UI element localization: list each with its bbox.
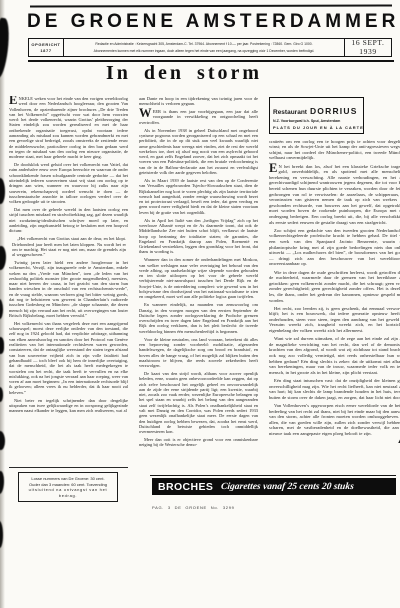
admin-line: Abonnementen kunnen met elk nummer ingaa… xyxy=(67,49,341,53)
paragraph: Twintig jaren later hield een andere hoo… xyxy=(9,260,128,318)
loose-issues-line: Losse nummers van De Groene: 30 cent. xyxy=(21,476,115,482)
drop-cap: W xyxy=(139,109,153,119)
paragraph: Als in Maart 1939 de laatste rest van de… xyxy=(139,178,258,215)
drop-cap: E xyxy=(9,96,19,106)
article-column-2: aan Dante en hoop in een tijdrekening va… xyxy=(139,96,258,476)
top-rule xyxy=(30,5,392,8)
dorrius-tagline: PLATS DU JOUR EN À LA CARTE xyxy=(273,125,360,130)
paragraph: Eén ding staat intusschen vast: dat de o… xyxy=(269,378,400,400)
dorrius-restaurant-ad: RestaurantDORRIUS N.Z. Voorburgwal b.h. … xyxy=(269,97,364,134)
paragraph: Van Vollenhoven’s opgeworpen eisch eener… xyxy=(269,403,400,437)
paragraph: De kaart van den strijd wordt, althans v… xyxy=(139,371,258,435)
article-column-1: ENKELE weken voor het einde van den vori… xyxy=(9,96,128,464)
founded-box: OPGERICHT 1877 xyxy=(29,39,64,56)
drop-cap: E xyxy=(269,164,279,174)
paragraph: Wie in deze dagen de oude geschriften he… xyxy=(269,270,400,304)
end-of-article-mark: ▲ xyxy=(269,439,400,445)
article-title: In den storm xyxy=(106,62,262,85)
paragraph: Want wie zal durven uitmaken, of de zege… xyxy=(269,336,400,375)
dorrius-restaurant-label: Restaurant xyxy=(273,109,307,116)
paragraph: Voor de kleine neutralen, ons land voora… xyxy=(139,337,258,369)
paragraph: Dat men over de geheele wereld in den la… xyxy=(9,207,128,233)
broches-ad-top-rule xyxy=(150,475,396,476)
founded-year: 1877 xyxy=(40,48,51,54)
paragraph: WEER is thans een jaar voorbijgegaan, ee… xyxy=(139,109,258,125)
paragraph: Niet beter en tegelijk schrijnender dan … xyxy=(9,398,128,414)
loose-issues-separator-rule xyxy=(9,467,128,468)
paragraph: Als in November 1938 in geheel Duitschla… xyxy=(139,128,258,176)
scan-smudge xyxy=(0,246,6,270)
masthead-info-bar: OPGERICHT 1877 Redactie en Administratie… xyxy=(28,38,392,57)
article-body: ENKELE weken voor het einde van den vori… xyxy=(9,96,400,476)
article-column-3: RestaurantDORRIUS N.Z. Voorburgwal b.h. … xyxy=(269,96,400,476)
dorrius-name: DORRIUS xyxy=(310,106,358,116)
paragraph: cratieën om een oorlog een te hoogen pri… xyxy=(269,139,400,161)
paragraph: De doodsklok werd geluid over het volken… xyxy=(9,162,128,204)
paragraph: Als in April het Italië van den „heilige… xyxy=(139,218,258,255)
paragraph: aan Dante en hoop in een tijdrekening va… xyxy=(139,96,258,107)
paragraph: En wanneer eindelijk, na maanden van zen… xyxy=(139,302,258,334)
paragraph: ENKELE weken voor het einde van den vori… xyxy=(9,96,128,160)
page-footer: PAG. 3 DE GROENE No. 3299 xyxy=(152,505,235,510)
paragraph: EN het breekt dan los, alsof het een kla… xyxy=(269,164,400,226)
ad-tagline: Cigarettes vanaf 25 cents 20 stuks xyxy=(221,482,355,492)
paragraph: Het volkenrecht van thans vergeleek deze… xyxy=(9,321,128,395)
loose-issues-line: uitsluitend na ontvangst van het bedrag. xyxy=(21,487,115,498)
masthead: DE GROENE AMSTERDAMMER xyxy=(27,11,394,33)
scan-smudge xyxy=(0,17,12,78)
issue-date-box: 16 SEPT. 1939 xyxy=(345,39,391,56)
paragraph: Meer dan ooit is er objectieve grond voo… xyxy=(139,437,258,448)
admin-line: Redactie en Administratie : Keizersgrach… xyxy=(67,42,341,46)
dorrius-ad-title: RestaurantDORRIUS xyxy=(273,101,360,119)
newspaper-page: DE GROENE AMSTERDAMMER OPGERICHT 1877 Re… xyxy=(0,0,400,608)
dorrius-address: N.Z. Voorburgwal b.h. Spui, Amsterdam xyxy=(273,119,360,123)
issue-year: 1939 xyxy=(359,48,376,57)
scan-smudge xyxy=(0,337,4,354)
ad-brand: BROCHES xyxy=(158,481,213,493)
quote-paragraph: „Het volkenrecht van Grotius staat aan d… xyxy=(9,236,128,257)
paragraph: Wanneer dan in den zomer de onderhandeli… xyxy=(139,257,258,299)
loose-issues-notice: Losse nummers van De Groene: 30 cent. Ou… xyxy=(18,472,118,502)
paragraph: Het recht, zoo leerden zij, is geen gesc… xyxy=(269,306,400,334)
admin-box: Redactie en Administratie : Keizersgrach… xyxy=(64,39,345,56)
broches-cigarettes-ad: BROCHES Cigarettes vanaf 25 cents 20 stu… xyxy=(152,478,396,495)
paragraph: Zoo schijnt een gedachte van den tweeden… xyxy=(269,228,400,267)
